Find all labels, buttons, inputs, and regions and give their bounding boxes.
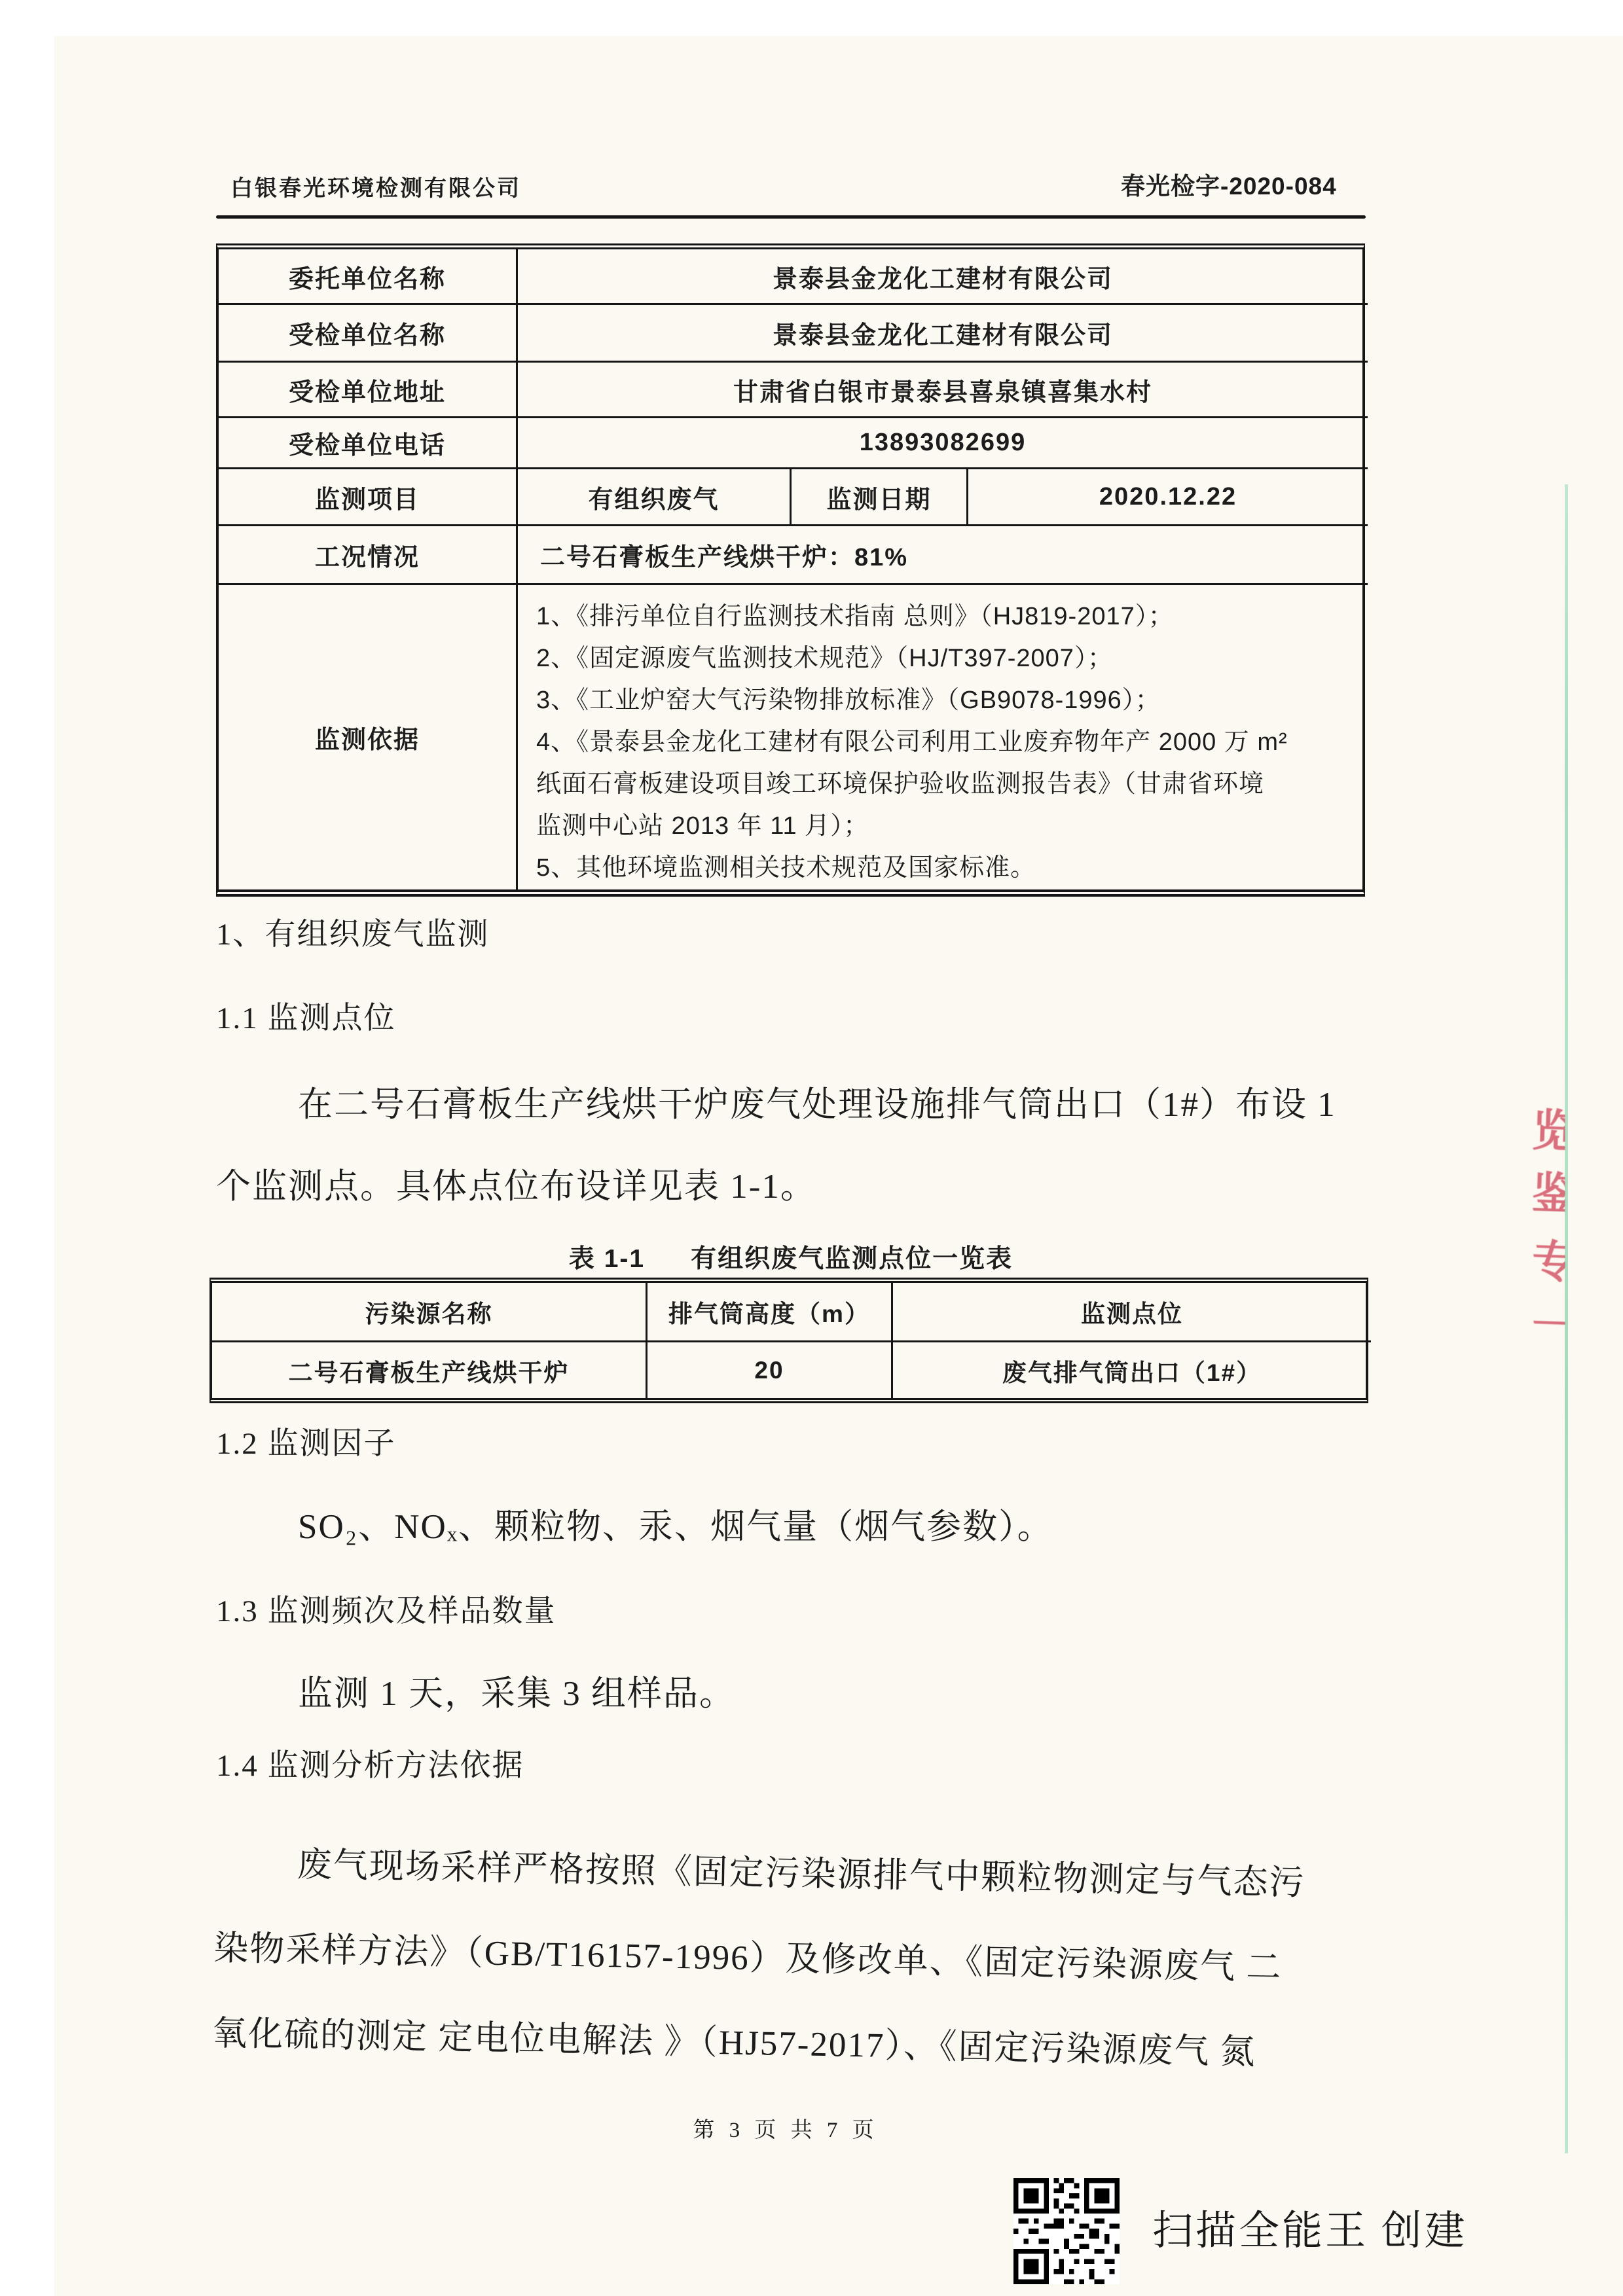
- section-1-1-title: 1.1 监测点位: [216, 994, 396, 1037]
- section-1-2-text: SO₂、NOₓ、颗粒物、汞、烟气量（烟气参数）。: [298, 1499, 1053, 1549]
- table-1-1-cell-stack-height: 20: [647, 1342, 893, 1398]
- section-1-1-paragraph-line-2: 个监测点。具体点位布设详见表 1-1。: [216, 1158, 816, 1208]
- basis-line-4: 4、《景泰县金龙化工建材有限公司利用工业废弃物年产 2000 万 m²: [536, 721, 1288, 763]
- stamp-character-2: 鉴: [1532, 1171, 1566, 1217]
- table-1-1-header-point: 监测点位: [893, 1283, 1371, 1342]
- value-inspected-name: 景泰县金龙化工建材有限公司: [518, 305, 1368, 363]
- label-inspected-name: 受检单位名称: [219, 305, 518, 363]
- red-stamp-fragment: 览 鉴 专 一: [1532, 1105, 1566, 1386]
- section-1-4-title: 1.4 监测分析方法依据: [216, 1741, 524, 1785]
- qr-code-icon: [1013, 2178, 1120, 2284]
- header-divider: [216, 215, 1366, 219]
- table-1-1-header-stack-height: 排气筒高度（m）: [647, 1283, 893, 1342]
- stamp-character-3: 专: [1532, 1239, 1566, 1285]
- label-monitor-project: 监测项目: [219, 469, 518, 526]
- basis-line-1: 1、《排污单位自行监测技术指南 总则》（HJ819-2017）；: [536, 596, 1174, 637]
- section-1-title: 1、有组织废气监测: [216, 910, 490, 954]
- label-inspected-address: 受检单位地址: [219, 363, 518, 418]
- page-number-indicator: 第 3 页 共 7 页: [668, 2113, 903, 2144]
- section-1-3-text: 监测 1 天，采集 3 组样品。: [298, 1666, 735, 1715]
- table-1-1-cell-source: 二号石膏板生产线烘干炉: [212, 1342, 647, 1398]
- section-1-2-title: 1.2 监测因子: [216, 1419, 396, 1463]
- value-inspected-phone: 13893082699: [518, 418, 1368, 469]
- value-monitor-project: 有组织废气: [518, 469, 792, 526]
- info-table: 委托单位名称 景泰县金龙化工建材有限公司 受检单位名称 景泰县金龙化工建材有限公…: [216, 243, 1365, 897]
- table-1-1: 污染源名称 排气筒高度（m） 监测点位 二号石膏板生产线烘干炉 20 废气排气筒…: [210, 1278, 1368, 1403]
- label-monitor-basis: 监测依据: [219, 585, 518, 889]
- basis-line-2: 2、《固定源废气监测技术规范》（HJ/T397-2007）；: [536, 637, 1113, 679]
- basis-line-5: 纸面石膏板建设项目竣工环境保护验收监测报告表》（甘肃省环境: [536, 763, 1264, 805]
- camscanner-watermark-text: 扫描全能王 创建: [1152, 2198, 1468, 2256]
- table-1-1-caption-label: 表 1-1: [569, 1245, 645, 1273]
- table-1-1-cell-point: 废气排气筒出口（1#）: [893, 1342, 1371, 1398]
- table-1-1-caption: 表 1-1有组织废气监测点位一览表: [216, 1238, 1366, 1275]
- basis-line-7: 5、其他环境监测相关技术规范及国家标准。: [536, 847, 1036, 889]
- section-1-3-title: 1.3 监测频次及样品数量: [216, 1587, 556, 1630]
- table-1-1-caption-title: 有组织废气监测点位一览表: [691, 1245, 1013, 1273]
- value-monitor-basis: 1、《排污单位自行监测技术指南 总则》（HJ819-2017）； 2、《固定源废…: [518, 585, 1368, 889]
- company-name: 白银春光环境检测有限公司: [230, 170, 521, 202]
- value-inspected-address: 甘肃省白银市景泰县喜泉镇喜集水村: [518, 363, 1368, 418]
- section-1-1-paragraph-line-1: 在二号石膏板生产线烘干炉废气处理设施排气筒出口（1#）布设 1: [298, 1077, 1336, 1126]
- basis-line-6: 监测中心站 2013 年 11 月）；: [536, 805, 869, 847]
- stamp-character-1: 览: [1532, 1108, 1566, 1154]
- scanner-artifact-line: [1565, 484, 1568, 2153]
- basis-line-3: 3、《工业炉窑大气污染物排放标准》（GB9078-1996）；: [536, 679, 1161, 721]
- label-client-name: 委托单位名称: [219, 249, 518, 305]
- value-working-condition: 二号石膏板生产线烘干炉：81%: [518, 526, 1368, 585]
- section-1-4-paragraph: 废气现场采样严格按照《固定污染源排气中颗粒物测定与气态污 染物采样方法》（GB/…: [211, 1821, 1408, 2098]
- document-number: 春光检字-2020-084: [1121, 166, 1337, 202]
- label-monitor-date: 监测日期: [792, 469, 968, 526]
- value-client-name: 景泰县金龙化工建材有限公司: [518, 249, 1368, 305]
- value-monitor-date: 2020.12.22: [968, 469, 1368, 526]
- stamp-character-4: 一: [1532, 1303, 1566, 1349]
- table-1-1-header-source: 污染源名称: [212, 1283, 647, 1342]
- label-working-condition: 工况情况: [219, 526, 518, 585]
- label-inspected-phone: 受检单位电话: [219, 418, 518, 469]
- scanned-report-page: 白银春光环境检测有限公司 春光检字-2020-084 委托单位名称 景泰县金龙化…: [0, 0, 1623, 2296]
